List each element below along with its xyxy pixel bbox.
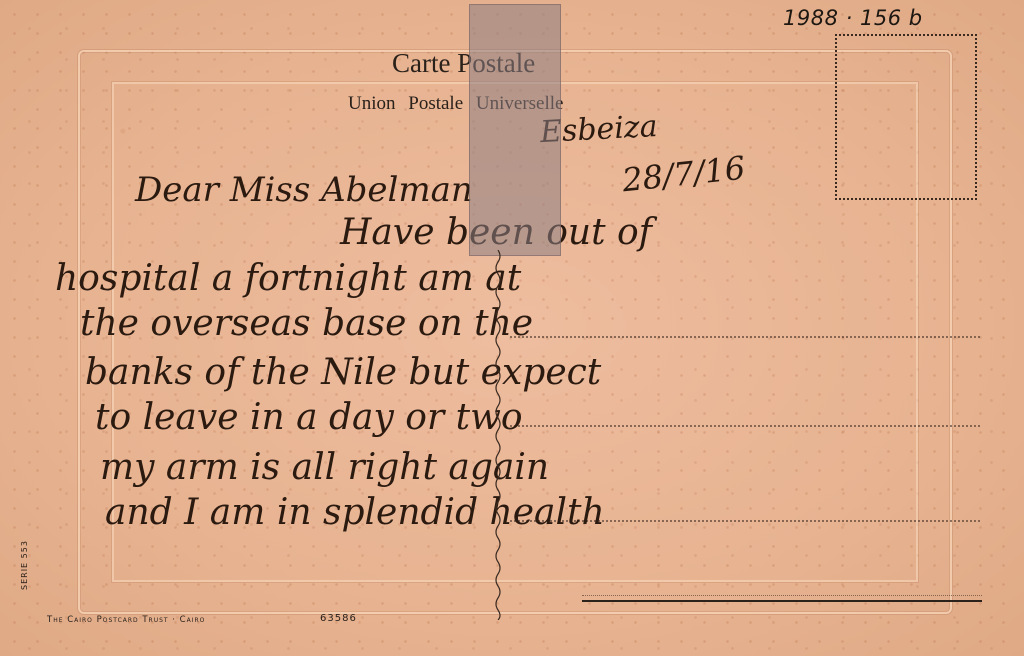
publisher-imprint: The Cairo Postcard Trust · Cairo [47,615,205,625]
handwritten-line: my arm is all right again [100,447,549,488]
accession-number: 1988 · 156 b [783,6,923,30]
wavy-divider [493,250,503,620]
stamp-box [835,34,977,200]
series-label: SERIE 553 [20,540,29,590]
handwritten-line: banks of the Nile but expect [85,352,601,393]
handwritten-line: to leave in a day or two [95,397,523,438]
handwritten-salutation: Dear Miss Abelman [135,170,473,210]
serial-number: 63586 [320,613,357,624]
address-line-4-dotted [582,595,982,596]
adhesive-tape [469,4,561,256]
address-line-1 [510,336,980,338]
handwritten-line: the overseas base on the [80,303,533,344]
handwritten-line: hospital a fortnight am at [55,258,521,299]
address-line-4 [582,600,982,602]
handwritten-line: and I am in splendid health [105,492,605,533]
postcard-back: 1988 · 156 b Carte Postale Union Postale… [0,0,1024,656]
address-line-2 [510,425,980,427]
